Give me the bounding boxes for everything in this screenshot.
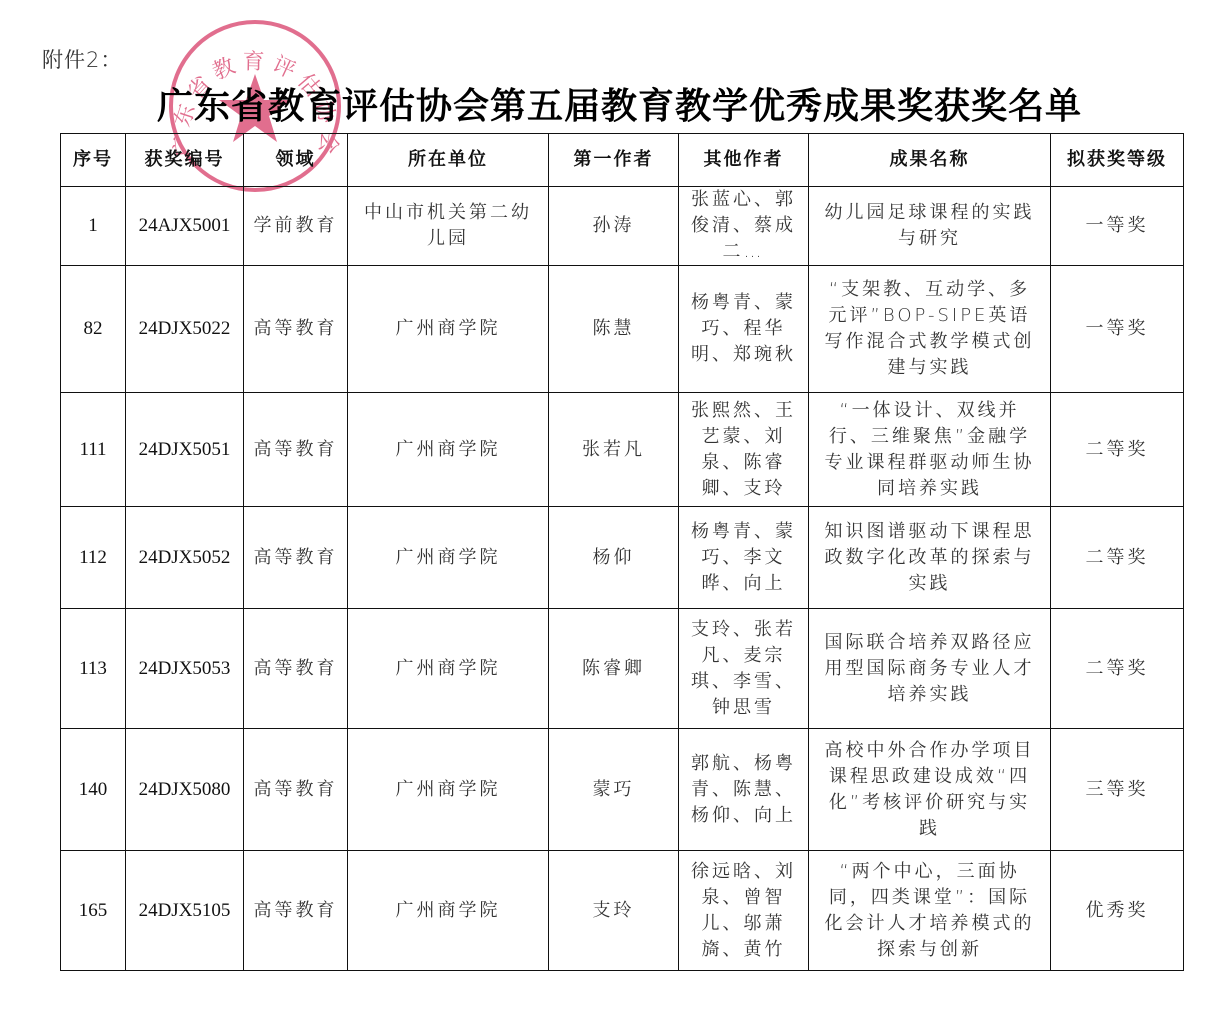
header-result-name: 成果名称 bbox=[809, 134, 1051, 187]
cell-result-name: “支架教、互动学、多元评”BOP-SIPE英语写作混合式教学模式创建与实践 bbox=[809, 266, 1051, 393]
cell-unit: 中山市机关第二幼儿园 bbox=[348, 187, 549, 266]
cell-code: 24DJX5052 bbox=[126, 507, 244, 609]
table-row: 165 24DJX5105 高等教育 广州商学院 支玲 徐远晗、刘泉、曾智儿、邬… bbox=[61, 851, 1184, 971]
cell-code: 24DJX5053 bbox=[126, 609, 244, 729]
header-award-level: 拟获奖等级 bbox=[1051, 134, 1184, 187]
cell-first-author: 陈睿卿 bbox=[549, 609, 679, 729]
cell-award-level: 二等奖 bbox=[1051, 507, 1184, 609]
cell-field: 学前教育 bbox=[244, 187, 348, 266]
cell-award-level: 二等奖 bbox=[1051, 393, 1184, 507]
cell-seq: 113 bbox=[61, 609, 126, 729]
cell-unit: 广州商学院 bbox=[348, 729, 549, 851]
cell-field: 高等教育 bbox=[244, 266, 348, 393]
cell-field: 高等教育 bbox=[244, 507, 348, 609]
cell-result-name: 幼儿园足球课程的实践与研究 bbox=[809, 187, 1051, 266]
header-first-author: 第一作者 bbox=[549, 134, 679, 187]
cell-unit: 广州商学院 bbox=[348, 266, 549, 393]
table-row: 140 24DJX5080 高等教育 广州商学院 蒙巧 郭航、杨粤青、陈慧、杨仰… bbox=[61, 729, 1184, 851]
cell-field: 高等教育 bbox=[244, 393, 348, 507]
cell-seq: 165 bbox=[61, 851, 126, 971]
cell-code: 24AJX5001 bbox=[126, 187, 244, 266]
cell-award-level: 一等奖 bbox=[1051, 266, 1184, 393]
header-other-authors: 其他作者 bbox=[679, 134, 809, 187]
cell-unit: 广州商学院 bbox=[348, 507, 549, 609]
cell-result-name: 高校中外合作办学项目课程思政建设成效“四化”考核评价研究与实践 bbox=[809, 729, 1051, 851]
cell-result-name: “两个中心，三面协同，四类课堂”：国际化会计人才培养模式的探索与创新 bbox=[809, 851, 1051, 971]
cell-first-author: 杨仰 bbox=[549, 507, 679, 609]
cell-other-authors: 张蓝心、郭俊清、蔡成二… bbox=[679, 187, 809, 266]
cell-award-level: 三等奖 bbox=[1051, 729, 1184, 851]
cell-first-author: 张若凡 bbox=[549, 393, 679, 507]
cell-unit: 广州商学院 bbox=[348, 609, 549, 729]
cell-seq: 112 bbox=[61, 507, 126, 609]
cell-first-author: 支玲 bbox=[549, 851, 679, 971]
cell-first-author: 孙涛 bbox=[549, 187, 679, 266]
cell-result-name: 知识图谱驱动下课程思政数字化改革的探索与实践 bbox=[809, 507, 1051, 609]
table-header-row: 序号 获奖编号 领域 所在单位 第一作者 其他作者 成果名称 拟获奖等级 bbox=[61, 134, 1184, 187]
cell-code: 24DJX5051 bbox=[126, 393, 244, 507]
cell-field: 高等教育 bbox=[244, 729, 348, 851]
table-row: 113 24DJX5053 高等教育 广州商学院 陈睿卿 支玲、张若凡、麦宗琪、… bbox=[61, 609, 1184, 729]
cell-code: 24DJX5105 bbox=[126, 851, 244, 971]
table-row: 1 24AJX5001 学前教育 中山市机关第二幼儿园 孙涛 张蓝心、郭俊清、蔡… bbox=[61, 187, 1184, 266]
header-unit: 所在单位 bbox=[348, 134, 549, 187]
cell-other-authors: 徐远晗、刘泉、曾智儿、邬萧旖、黄竹 bbox=[679, 851, 809, 971]
cell-other-authors: 杨粤青、蒙巧、程华明、郑琬秋 bbox=[679, 266, 809, 393]
cell-seq: 82 bbox=[61, 266, 126, 393]
cell-result-name: “一体设计、双线并行、三维聚焦”金融学专业课程群驱动师生协同培养实践 bbox=[809, 393, 1051, 507]
cell-result-name: 国际联合培养双路径应用型国际商务专业人才培养实践 bbox=[809, 609, 1051, 729]
cell-other-authors: 杨粤青、蒙巧、李文晔、向上 bbox=[679, 507, 809, 609]
cell-award-level: 一等奖 bbox=[1051, 187, 1184, 266]
attachment-label: 附件2： bbox=[42, 44, 122, 74]
cell-code: 24DJX5022 bbox=[126, 266, 244, 393]
table-row: 82 24DJX5022 高等教育 广州商学院 陈慧 杨粤青、蒙巧、程华明、郑琬… bbox=[61, 266, 1184, 393]
page-title: 广东省教育评估协会第五届教育教学优秀成果奖获奖名单 bbox=[0, 82, 1221, 130]
table-row: 111 24DJX5051 高等教育 广州商学院 张若凡 张熙然、王艺蒙、刘泉、… bbox=[61, 393, 1184, 507]
cell-other-authors: 支玲、张若凡、麦宗琪、李雪、钟思雪 bbox=[679, 609, 809, 729]
table-row: 112 24DJX5052 高等教育 广州商学院 杨仰 杨粤青、蒙巧、李文晔、向… bbox=[61, 507, 1184, 609]
cell-field: 高等教育 bbox=[244, 609, 348, 729]
cell-first-author: 蒙巧 bbox=[549, 729, 679, 851]
cell-field: 高等教育 bbox=[244, 851, 348, 971]
header-seq: 序号 bbox=[61, 134, 126, 187]
cell-code: 24DJX5080 bbox=[126, 729, 244, 851]
cell-unit: 广州商学院 bbox=[348, 393, 549, 507]
award-list-table: 序号 获奖编号 领域 所在单位 第一作者 其他作者 成果名称 拟获奖等级 1 2… bbox=[60, 133, 1184, 971]
cell-seq: 1 bbox=[61, 187, 126, 266]
cell-award-level: 优秀奖 bbox=[1051, 851, 1184, 971]
cell-award-level: 二等奖 bbox=[1051, 609, 1184, 729]
cell-seq: 111 bbox=[61, 393, 126, 507]
cell-seq: 140 bbox=[61, 729, 126, 851]
cell-first-author: 陈慧 bbox=[549, 266, 679, 393]
header-code: 获奖编号 bbox=[126, 134, 244, 187]
cell-other-authors: 张熙然、王艺蒙、刘泉、陈睿卿、支玲 bbox=[679, 393, 809, 507]
header-field: 领域 bbox=[244, 134, 348, 187]
cell-other-authors: 郭航、杨粤青、陈慧、杨仰、向上 bbox=[679, 729, 809, 851]
cell-unit: 广州商学院 bbox=[348, 851, 549, 971]
